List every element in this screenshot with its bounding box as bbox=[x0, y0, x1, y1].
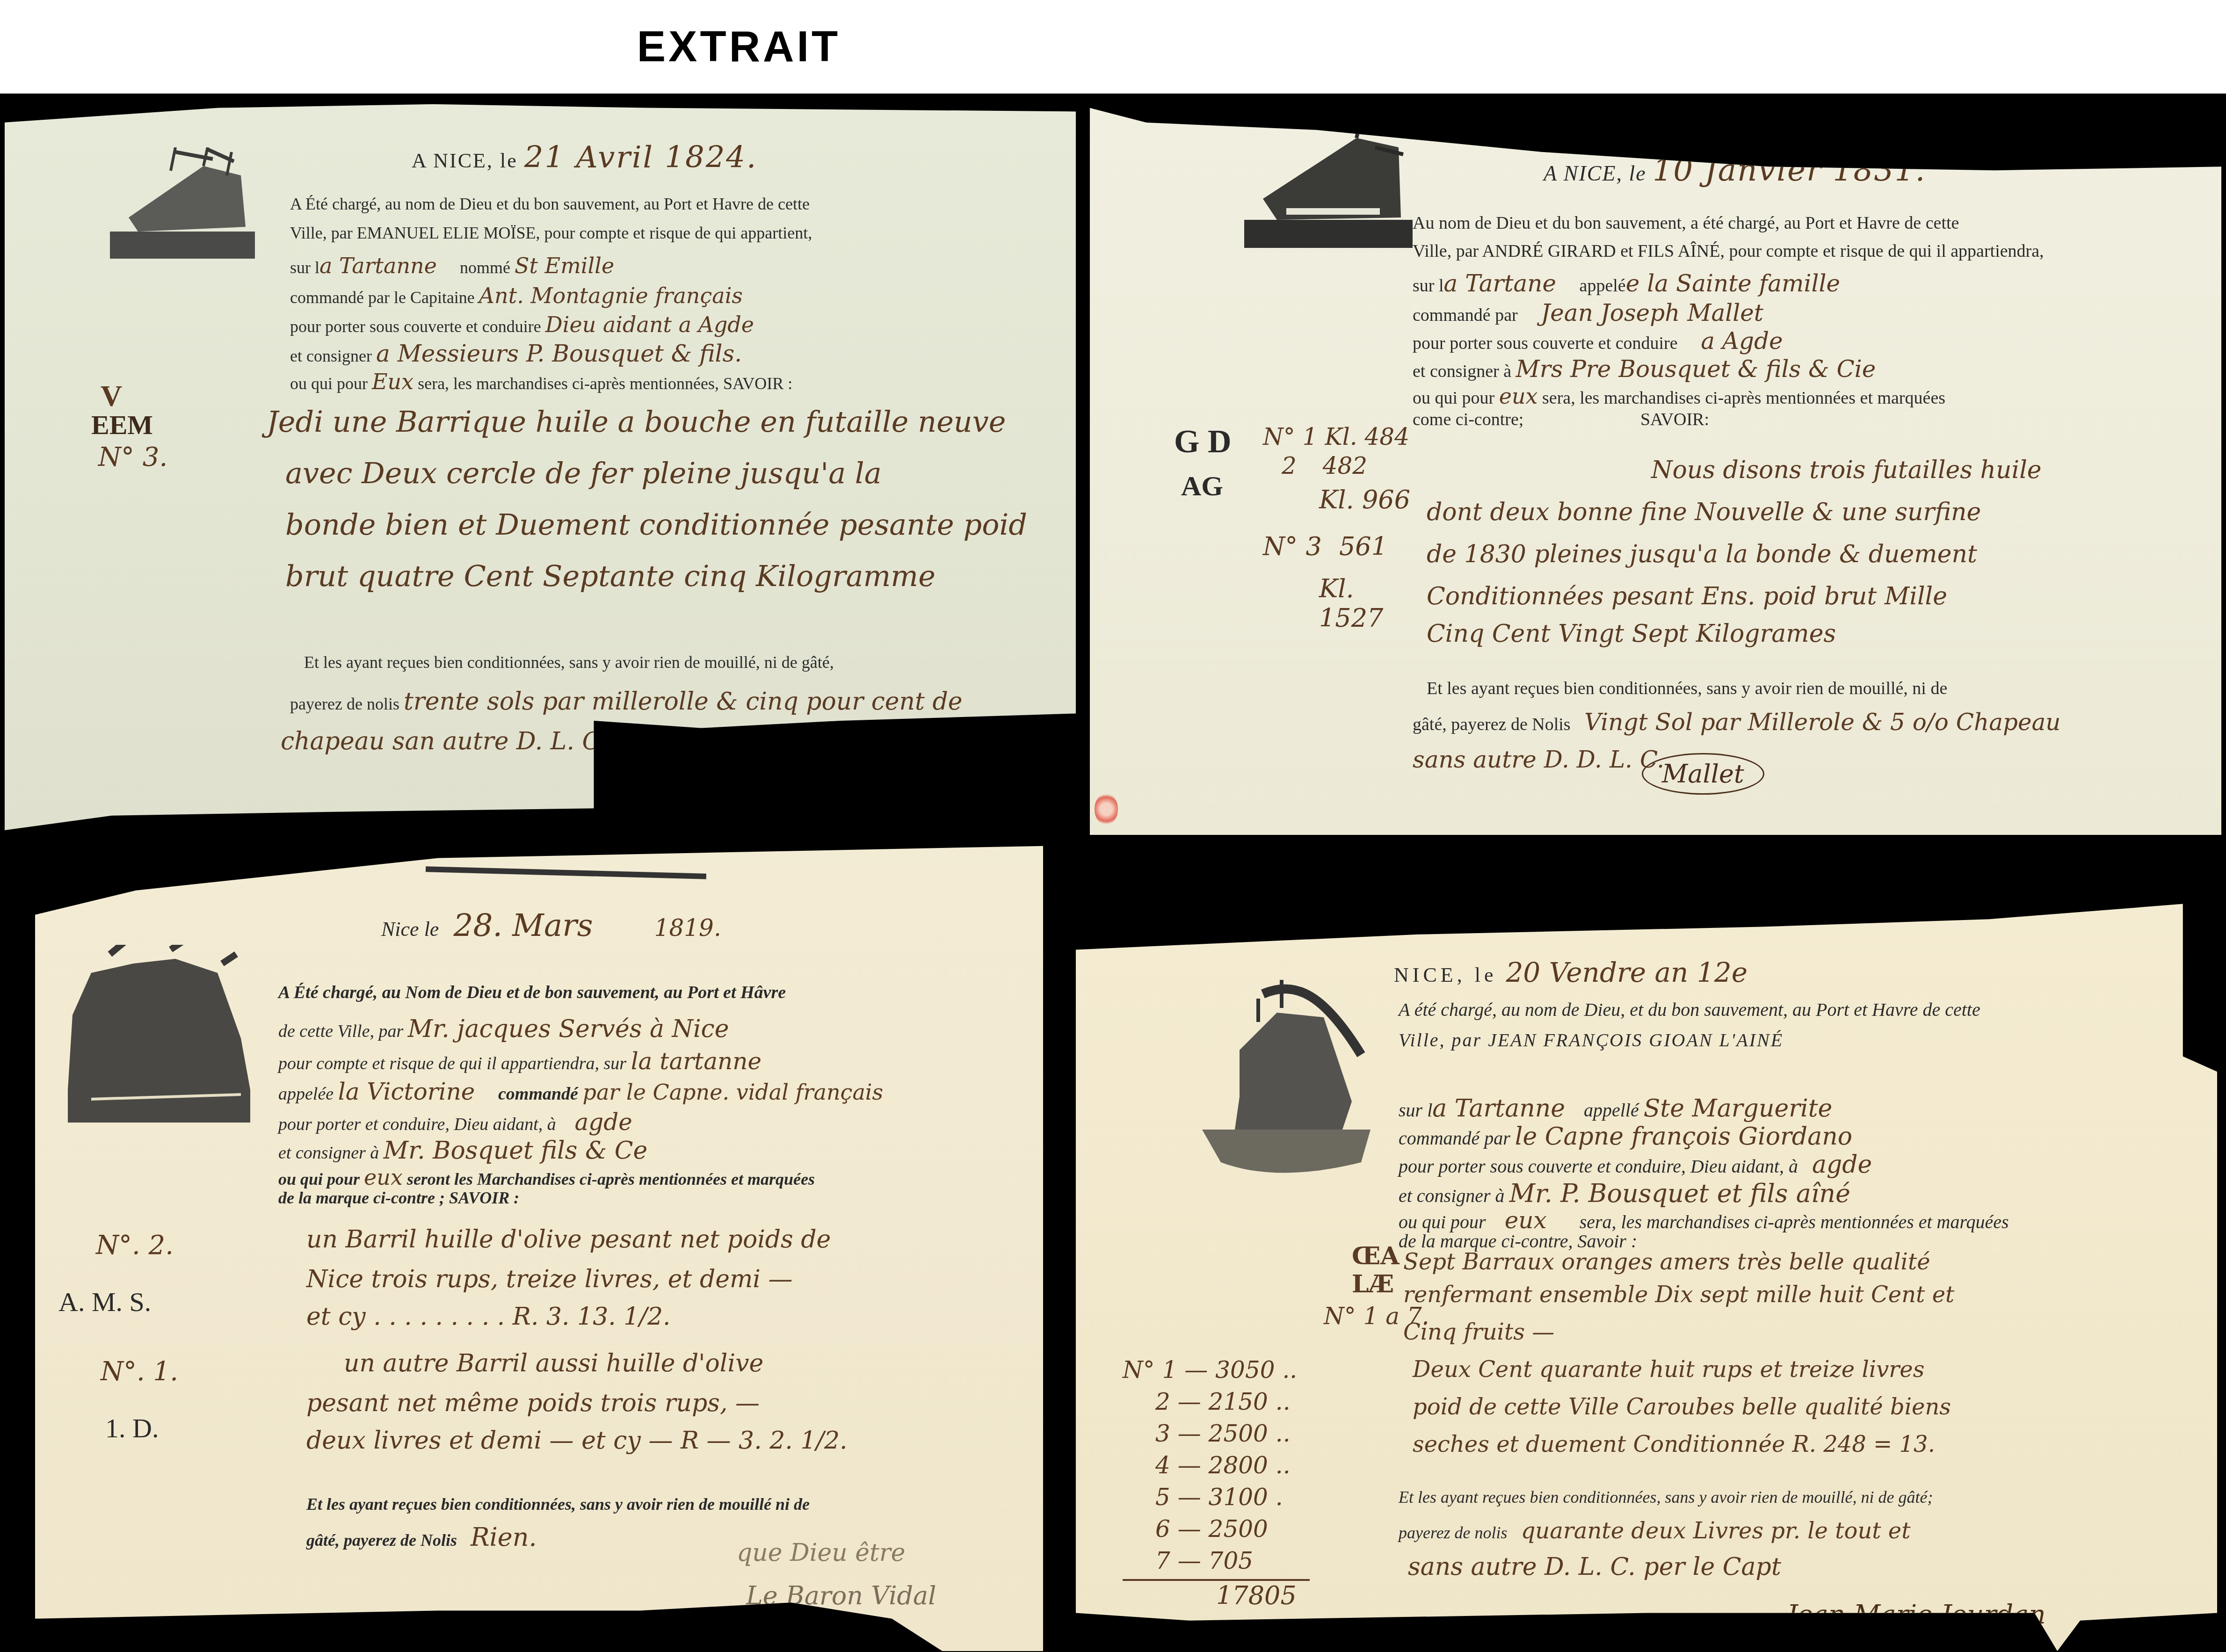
cargo-number: N° 3. bbox=[98, 442, 167, 472]
body-line: sur la Tartanne appellé Ste Marguerite bbox=[1399, 1094, 1832, 1123]
cargo-line: de 1830 pleines jusqu'a la bonde & dueme… bbox=[1427, 540, 1977, 568]
cargo-line: avec Deux cercle de fer pleine jusqu'a l… bbox=[285, 456, 882, 490]
bill-of-lading-an12: NICE, le 20 Vendre an 12e A été chargé, … bbox=[1076, 889, 2217, 1651]
weight-tally: N° 1 — 3050 .. 2 — 2150 .. 3 — 2500 .. 4… bbox=[1123, 1356, 1366, 1610]
body-line: et consigner à Mrs Pre Bousquet & fils &… bbox=[1413, 355, 1876, 383]
freight-continuation: que Dieu être bbox=[737, 1539, 906, 1567]
body-line: A été chargé, au nom de Dieu, et du bon … bbox=[1399, 999, 1980, 1021]
cargo-line: Cinq fruits — bbox=[1403, 1319, 1554, 1345]
freight-continuation: chapeau san autre D. L. Cap. bbox=[281, 727, 638, 755]
date-line: A NICE, le 21 Avril 1824. bbox=[412, 140, 757, 175]
body-line: A Été chargé, au Nom de Dieu et de bon s… bbox=[278, 982, 786, 1003]
ship-engraving-icon bbox=[110, 147, 255, 260]
closing-clause: Et les ayant reçues bien conditionnées, … bbox=[306, 1494, 810, 1514]
cargo-line: bonde bien et Duement conditionnée pesan… bbox=[285, 507, 1027, 542]
cargo-line: Deux Cent quarante huit rups et treize l… bbox=[1413, 1356, 1924, 1383]
closing-clause: Et les ayant reçues bien conditionnées, … bbox=[304, 652, 834, 672]
heading-text: EXTRAIT bbox=[637, 22, 841, 72]
cargo-mark-v: V bbox=[101, 379, 122, 413]
body-line: de cette Ville, par Mr. jacques Servés à… bbox=[278, 1015, 729, 1043]
cargo-mark-1d: 1. D. bbox=[105, 1413, 159, 1444]
body-line: ou qui pour eux seront les Marchandises … bbox=[278, 1165, 815, 1190]
body-line: pour porter et conduire, Dieu aidant, à … bbox=[278, 1109, 632, 1136]
body-line: appelée la Victorine commandé par le Cap… bbox=[278, 1078, 883, 1105]
captain-signature: Mallet bbox=[1642, 753, 1764, 795]
date-line: Nice le 28. Mars 1819. bbox=[381, 907, 721, 943]
cargo-line: et cy . . . . . . . . . R. 3. 13. 1/2. bbox=[306, 1303, 671, 1331]
body-line: et consigner à Mr. Bosquet fils & Ce bbox=[278, 1137, 647, 1165]
cargo-mark-lae: LÆ bbox=[1352, 1270, 1394, 1298]
body-line: come ci-contre; SAVOIR: bbox=[1413, 409, 1709, 430]
ship-engraving-icon bbox=[1202, 980, 1380, 1176]
body-line: ou qui pour Eux sera, les marchandises c… bbox=[290, 369, 792, 394]
body-line: ou qui pour eux sera, les marchandises c… bbox=[1413, 384, 1945, 409]
torn-header-rule bbox=[426, 866, 706, 879]
cargo-line: un Barril huille d'olive pesant net poid… bbox=[306, 1225, 831, 1253]
cargo-line: Nice trois rups, treize livres, et demi … bbox=[306, 1265, 792, 1293]
cargo-line: poid de cette Ville Caroubes belle quali… bbox=[1413, 1394, 1951, 1420]
cargo-mark-ams: A. M. S. bbox=[58, 1286, 151, 1318]
cargo-line: deux livres et demi — et cy — R — 3. 2. … bbox=[306, 1427, 848, 1455]
cargo-line: Jedi une Barrique huile a bouche en futa… bbox=[267, 405, 1006, 439]
weight-tally: N° 1 Kl. 484 2 482 Kl. 966 N° 3 561 Kl. … bbox=[1263, 423, 1417, 633]
tally-total: 17805 bbox=[1123, 1581, 1366, 1610]
body-line: Ville, par ANDRÉ GIRARD et FILS AÎNÉ, po… bbox=[1413, 241, 2044, 261]
ship-engraving-icon bbox=[1244, 119, 1422, 260]
body-line: pour porter sous couverte et conduire, D… bbox=[1399, 1151, 1872, 1179]
freight-line: gâté, payerez de Nolis Rien. bbox=[306, 1522, 537, 1552]
body-line: pour porter sous couverte et conduire a … bbox=[1413, 327, 1783, 355]
cargo-line: Cinq Cent Vingt Sept Kilogrames bbox=[1427, 620, 1836, 648]
cargo-mark-gd: G D bbox=[1174, 423, 1232, 461]
bill-of-lading-1831: A NICE, le 10 Janvier 1831. Au nom de Di… bbox=[1090, 101, 2221, 835]
freight-continuation: sans autre D. D. L. C. bbox=[1413, 746, 1664, 773]
cargo-line: un autre Barril aussi huille d'olive bbox=[344, 1349, 763, 1377]
body-line: et consigner a Messieurs P. Bousquet & f… bbox=[290, 340, 742, 367]
cargo-number-2: N°. 2. bbox=[96, 1230, 174, 1261]
body-line: Ville, par JEAN FRANÇOIS GIOAN L'AINÉ bbox=[1399, 1029, 1784, 1051]
cargo-mark-eem: EEM bbox=[91, 409, 153, 441]
cargo-line: Conditionnées pesant Ens. poid brut Mill… bbox=[1427, 582, 1947, 610]
body-line: Au nom de Dieu et du bon sauvement, a ét… bbox=[1413, 213, 1959, 233]
cargo-mark-oea: ŒA bbox=[1352, 1242, 1399, 1270]
closing-clause: Et les ayant reçues bien conditionnées, … bbox=[1427, 678, 1947, 699]
body-line: sur la Tartane appelée la Sainte famille bbox=[1413, 270, 1840, 297]
freight-line: payerez de nolis trente sols par millero… bbox=[290, 688, 963, 716]
freight-line: gâté, payerez de Nolis Vingt Sol par Mil… bbox=[1413, 709, 2061, 736]
body-line: commandé par Jean Joseph Mallet bbox=[1413, 299, 1763, 326]
cargo-line: Sept Barraux oranges amers très belle qu… bbox=[1403, 1249, 1930, 1275]
closing-clause: Et les ayant reçues bien conditionnées, … bbox=[1399, 1487, 1933, 1507]
date-line: NICE, le 20 Vendre an 12e bbox=[1394, 956, 1747, 988]
cargo-mark-ag: AG bbox=[1181, 470, 1223, 502]
freight-line: payerez de nolis quarante deux Livres pr… bbox=[1399, 1518, 1911, 1544]
body-line: sur la Tartanne nommé St Emille bbox=[290, 253, 614, 278]
cargo-line: pesant net même poids trois rups, — bbox=[306, 1389, 760, 1417]
body-line: Ville, par EMANUEL ELIE MOÏSE, pour comp… bbox=[290, 223, 812, 243]
cargo-number-1: N°. 1. bbox=[101, 1356, 178, 1387]
body-line: commandé par le Capne françois Giordano bbox=[1399, 1123, 1852, 1151]
page-heading: EXTRAIT bbox=[0, 0, 2226, 94]
cargo-line: renfermant ensemble Dix sept mille huit … bbox=[1403, 1282, 1954, 1308]
body-line: de la marque ci-contre ; SAVOIR : bbox=[278, 1188, 519, 1208]
cargo-line: brut quatre Cent Septante cinq Kilogramm… bbox=[285, 559, 935, 593]
body-line: commandé par le Capitaine Ant. Montagnie… bbox=[290, 283, 743, 308]
cargo-line: seches et duement Conditionnée R. 248 = … bbox=[1413, 1431, 1935, 1457]
ship-engraving-icon bbox=[63, 945, 260, 1132]
cargo-line: Nous disons trois futailles huile bbox=[1651, 456, 2042, 484]
body-line: et consigner à Mr. P. Bousquet et fils a… bbox=[1399, 1179, 1850, 1208]
red-wax-stain bbox=[1095, 793, 1118, 826]
bill-of-lading-1819: Nice le 28. Mars 1819. A Été chargé, au … bbox=[35, 842, 1043, 1651]
body-line: pour porter sous couverte et conduire Di… bbox=[290, 312, 754, 337]
body-line: A Été chargé, au nom de Dieu et du bon s… bbox=[290, 194, 810, 214]
body-line: pour compte et risque de qui il appartie… bbox=[278, 1048, 761, 1075]
freight-continuation: sans autre D. L. C. per le Capt bbox=[1408, 1553, 1781, 1581]
cargo-line: dont deux bonne fine Nouvelle & une surf… bbox=[1427, 498, 1981, 526]
